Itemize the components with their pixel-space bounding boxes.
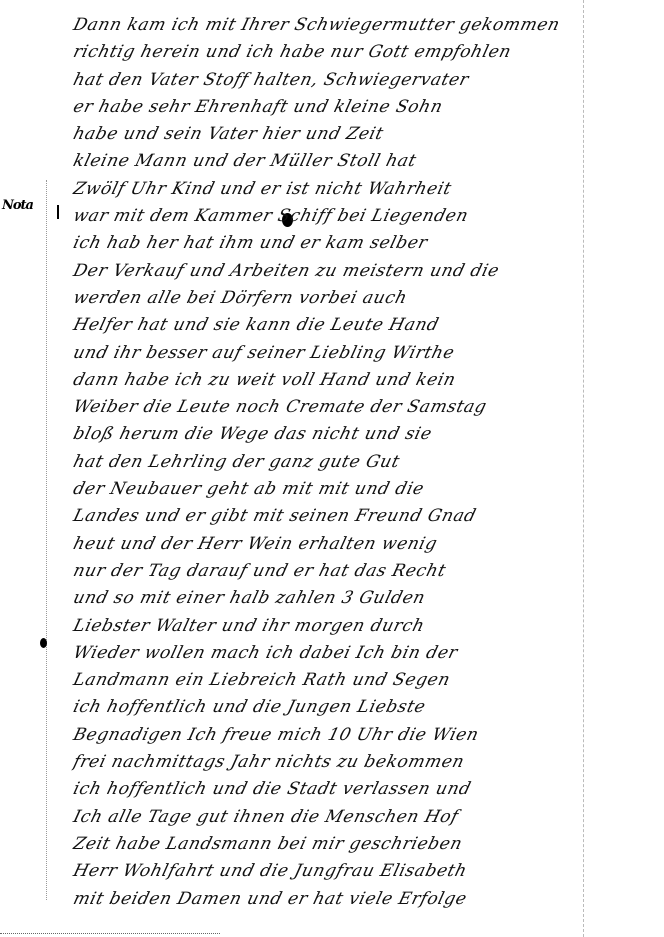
- text-line: war mit dem Kammer Schiff bei Liegenden: [70, 203, 587, 230]
- text-line: heut und der Herr Wein erhalten wenig: [70, 531, 587, 558]
- text-line: ich hoffentlich und die Jungen Liebste: [70, 694, 587, 721]
- text-line: bloß herum die Wege das nicht und sie: [70, 421, 587, 448]
- text-line: Liebster Walter und ihr morgen durch: [70, 613, 587, 640]
- text-line: Landes und er gibt mit seinen Freund Gna…: [70, 503, 587, 530]
- text-line: Begnadigen Ich freue mich 10 Uhr die Wie…: [70, 722, 587, 749]
- text-line: er habe sehr Ehrenhaft und kleine Sohn: [70, 94, 587, 121]
- handwritten-text-block: Dann kam ich mit Ihrer Schwiegermutter g…: [70, 12, 580, 913]
- text-line: werden alle bei Dörfern vorbei auch: [70, 285, 587, 312]
- text-line: Zwölf Uhr Kind und er ist nicht Wahrheit: [70, 176, 587, 203]
- text-line: habe und sein Vater hier und Zeit: [70, 121, 587, 148]
- text-line: und so mit einer halb zahlen 3 Gulden: [70, 585, 587, 612]
- text-line: Der Verkauf und Arbeiten zu meistern und…: [70, 258, 587, 285]
- text-line: hat den Lehrling der ganz gute Gut: [70, 449, 587, 476]
- text-line: Helfer hat und sie kann die Leute Hand: [70, 312, 587, 339]
- text-line: Dann kam ich mit Ihrer Schwiegermutter g…: [70, 12, 587, 39]
- text-line: frei nachmittags Jahr nichts zu bekommen: [70, 749, 587, 776]
- text-line: der Neubauer geht ab mit mit und die: [70, 476, 587, 503]
- margin-tick: [57, 205, 59, 219]
- text-line: Wieder wollen mach ich dabei Ich bin der: [70, 640, 587, 667]
- text-line: kleine Mann und der Müller Stoll hat: [70, 148, 587, 175]
- margin-ink-mark: [40, 638, 47, 648]
- text-line: Landmann ein Liebreich Rath und Segen: [70, 667, 587, 694]
- text-line: richtig herein und ich habe nur Gott emp…: [70, 39, 587, 66]
- page-bottom-rule: [0, 933, 220, 934]
- text-line: Zeit habe Landsmann bei mir geschrieben: [70, 831, 587, 858]
- margin-note: Nota: [2, 198, 33, 213]
- text-line: und ihr besser auf seiner Liebling Wirth…: [70, 340, 587, 367]
- text-line: nur der Tag darauf und er hat das Recht: [70, 558, 587, 585]
- text-line: ich hoffentlich und die Stadt verlassen …: [70, 776, 587, 803]
- text-line: Ich alle Tage gut ihnen die Menschen Hof: [70, 804, 587, 831]
- text-line: Weiber die Leute noch Cremate der Samsta…: [70, 394, 587, 421]
- text-line: dann habe ich zu weit voll Hand und kein: [70, 367, 587, 394]
- text-line: hat den Vater Stoff halten, Schwiegervat…: [70, 67, 587, 94]
- text-line: Herr Wohlfahrt und die Jungfrau Elisabet…: [70, 858, 587, 885]
- manuscript-page: Nota Dann kam ich mit Ihrer Schwiegermut…: [0, 0, 664, 937]
- page-right-border: [583, 0, 584, 937]
- text-line: ich hab her hat ihm und er kam selber: [70, 230, 587, 257]
- page-left-border: [46, 180, 47, 900]
- text-line: mit beiden Damen und er hat viele Erfolg…: [70, 886, 587, 913]
